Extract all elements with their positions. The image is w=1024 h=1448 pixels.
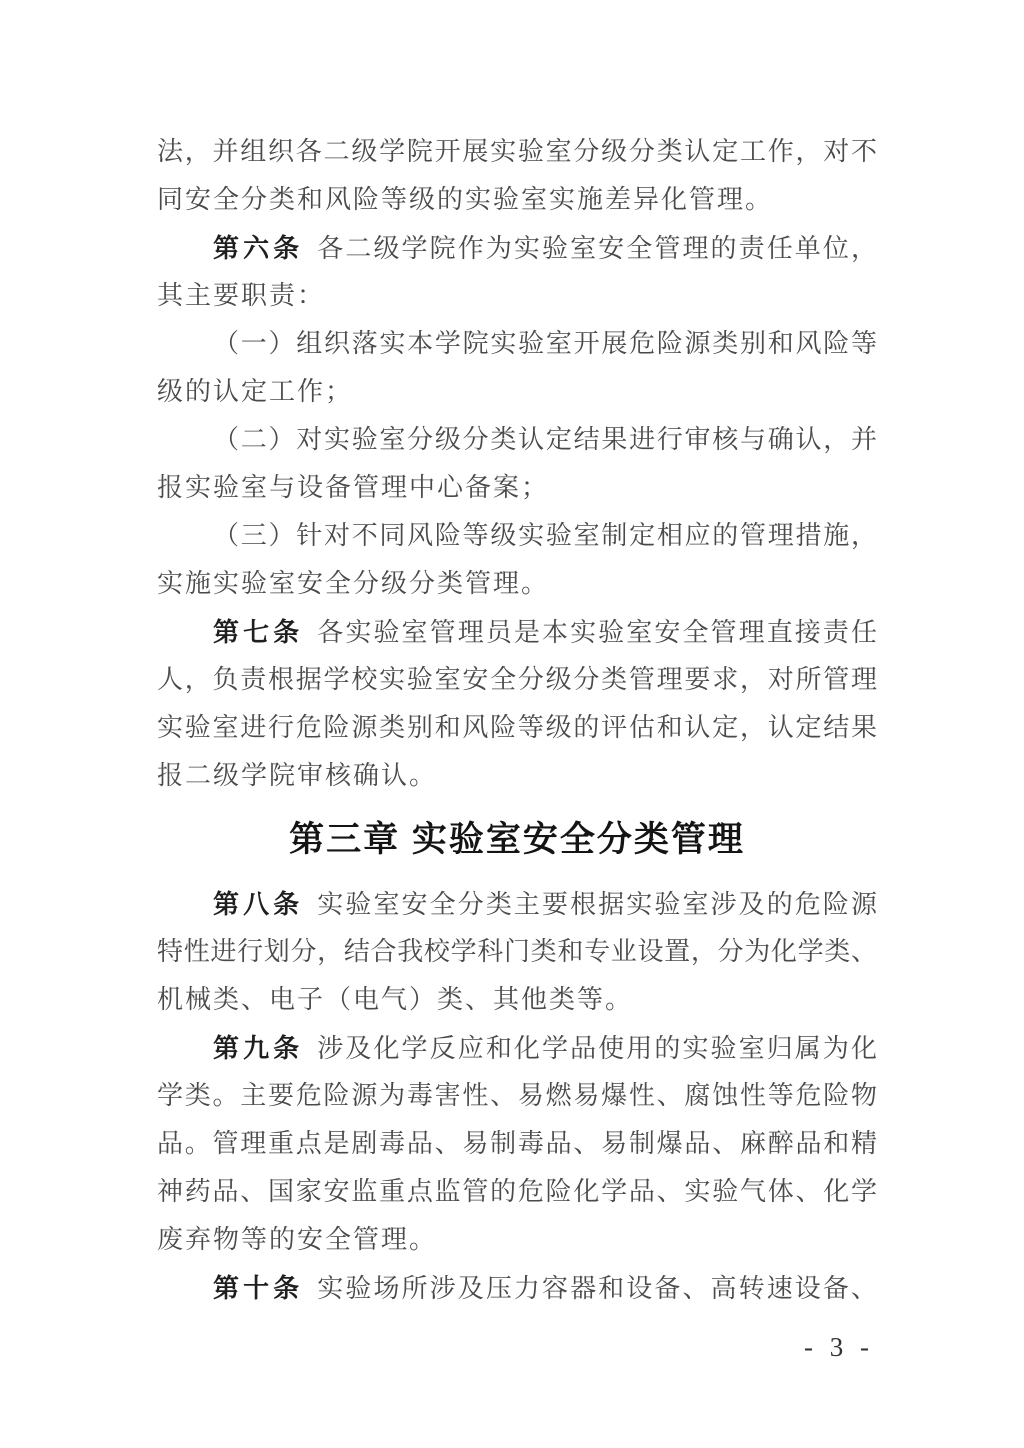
article-number: 第七条 xyxy=(213,617,303,647)
text-line: 神药品、国家安监重点监管的危险化学品、实验气体、化学 xyxy=(157,1168,877,1216)
text-line: 废弃物等的安全管理。 xyxy=(157,1216,877,1264)
text-line: 人，负责根据学校实验室安全分级分类管理要求，对所管理 xyxy=(157,656,877,704)
text-line: （三）针对不同风险等级实验室制定相应的管理措施， xyxy=(157,512,877,560)
text-line: 第七条各实验室管理员是本实验室安全管理直接责任 xyxy=(157,608,877,656)
page-number: - 3 - xyxy=(804,1332,874,1363)
document-body: 法，并组织各二级学院开展实验室分级分类认定工作，对不同安全分类和风险等级的实验室… xyxy=(157,128,877,1312)
text-line: 第六条各二级学院作为实验室安全管理的责任单位， xyxy=(157,224,877,272)
text-line: 第九条涉及化学反应和化学品使用的实验室归属为化 xyxy=(157,1024,877,1072)
text-line: 第十条实验场所涉及压力容器和设备、高转速设备、 xyxy=(157,1264,877,1312)
text-line: 实施实验室安全分级分类管理。 xyxy=(157,560,877,608)
text-line: 报实验室与设备管理中心备案； xyxy=(157,464,877,512)
article-number: 第十条 xyxy=(213,1273,303,1303)
article-number: 第六条 xyxy=(213,233,303,263)
text-line: （一）组织落实本学院实验室开展危险源类别和风险等 xyxy=(157,320,877,368)
text-line: 同安全分类和风险等级的实验室实施差异化管理。 xyxy=(157,176,877,224)
text-line: 级的认定工作； xyxy=(157,368,877,416)
article-number: 第九条 xyxy=(213,1033,303,1063)
text-line: 特性进行划分，结合我校学科门类和专业设置，分为化学类、 xyxy=(157,928,877,976)
article-number: 第八条 xyxy=(213,889,303,919)
text-line: 报二级学院审核确认。 xyxy=(157,752,877,800)
text-line: 学类。主要危险源为毒害性、易燃易爆性、腐蚀性等危险物 xyxy=(157,1072,877,1120)
text-line: 其主要职责： xyxy=(157,272,877,320)
text-line: （二）对实验室分级分类认定结果进行审核与确认，并 xyxy=(157,416,877,464)
text-line: 实验室进行危险源类别和风险等级的评估和认定，认定结果 xyxy=(157,704,877,752)
text-line: 法，并组织各二级学院开展实验室分级分类认定工作，对不 xyxy=(157,128,877,176)
text-line: 品。管理重点是剧毒品、易制毒品、易制爆品、麻醉品和精 xyxy=(157,1120,877,1168)
chapter-heading: 第三章 实验室安全分类管理 xyxy=(157,800,877,880)
text-line: 机械类、电子（电气）类、其他类等。 xyxy=(157,976,877,1024)
text-line: 第八条实验室安全分类主要根据实验室涉及的危险源 xyxy=(157,880,877,928)
